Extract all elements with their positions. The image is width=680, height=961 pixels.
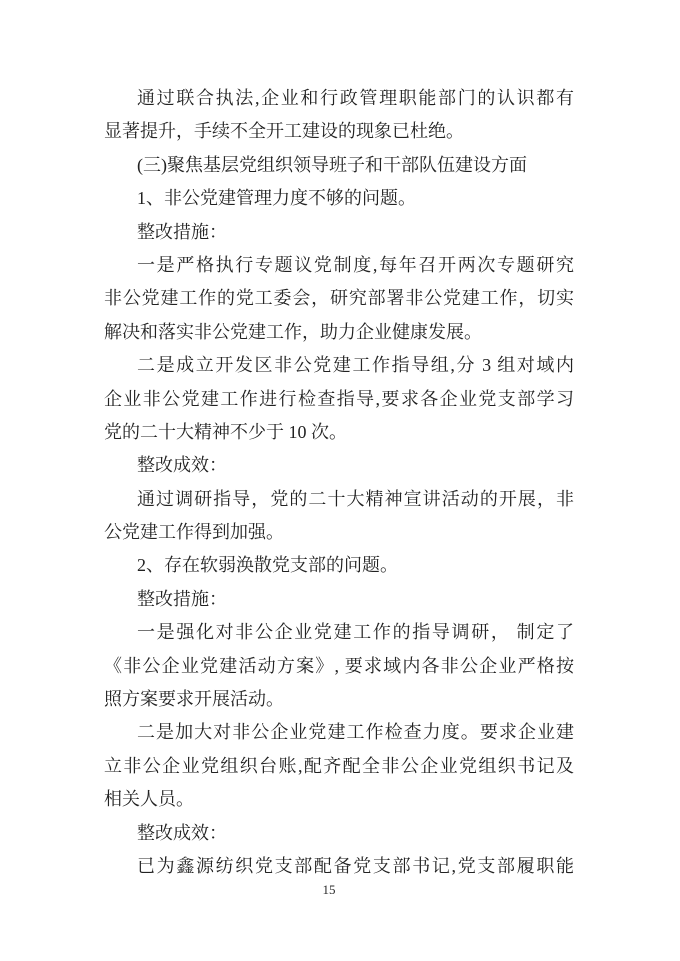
text-line-16: 整改措施： [104,583,574,616]
text-line-21: 立非公企业党组织台账,配齐配全非公企业党组织书记及 [104,750,574,783]
document-page: 通过联合执法,企业和行政管理职能部门的认识都有显著提升，手续不全开工建设的现象已… [0,0,680,961]
text-line-19: 照方案要求开展活动。 [104,683,574,716]
text-line-17: 一是强化对非公企业党建工作的指导调研， 制定了 [104,616,574,649]
document-body: 通过联合执法,企业和行政管理职能部门的认识都有显著提升，手续不全开工建设的现象已… [104,82,574,883]
text-line-5: 整改措施： [104,216,574,249]
text-line-3: (三)聚焦基层党组织领导班子和干部队伍建设方面 [104,149,574,182]
text-line-15: 2、存在软弱涣散党支部的问题。 [104,549,574,582]
text-line-13: 通过调研指导，党的二十大精神宣讲活动的开展，非 [104,483,574,516]
text-line-23: 整改成效： [104,817,574,850]
text-line-11: 党的二十大精神不少于 10 次。 [104,416,574,449]
text-line-8: 解决和落实非公党建工作，助力企业健康发展。 [104,316,574,349]
text-line-20: 二是加大对非公企业党建工作检查力度。要求企业建 [104,716,574,749]
text-line-18: 《非公企业党建活动方案》, 要求域内各非公企业严格按 [104,650,574,683]
text-line-6: 一是严格执行专题议党制度,每年召开两次专题研究 [104,249,574,282]
text-line-7: 非公党建工作的党工委会，研究部署非公党建工作，切实 [104,282,574,315]
page-number: 15 [0,882,658,898]
text-line-1: 通过联合执法,企业和行政管理职能部门的认识都有 [104,82,574,115]
text-line-10: 企业非公党建工作进行检查指导,要求各企业党支部学习 [104,383,574,416]
text-line-24: 已为鑫源纺织党支部配备党支部书记,党支部履职能 [104,850,574,883]
text-line-14: 公党建工作得到加强。 [104,516,574,549]
text-line-22: 相关人员。 [104,783,574,816]
text-line-4: 1、非公党建管理力度不够的问题。 [104,182,574,215]
text-line-2: 显著提升，手续不全开工建设的现象已杜绝。 [104,115,574,148]
text-line-9: 二是成立开发区非公党建工作指导组,分 3 组对域内 [104,349,574,382]
text-line-12: 整改成效： [104,449,574,482]
